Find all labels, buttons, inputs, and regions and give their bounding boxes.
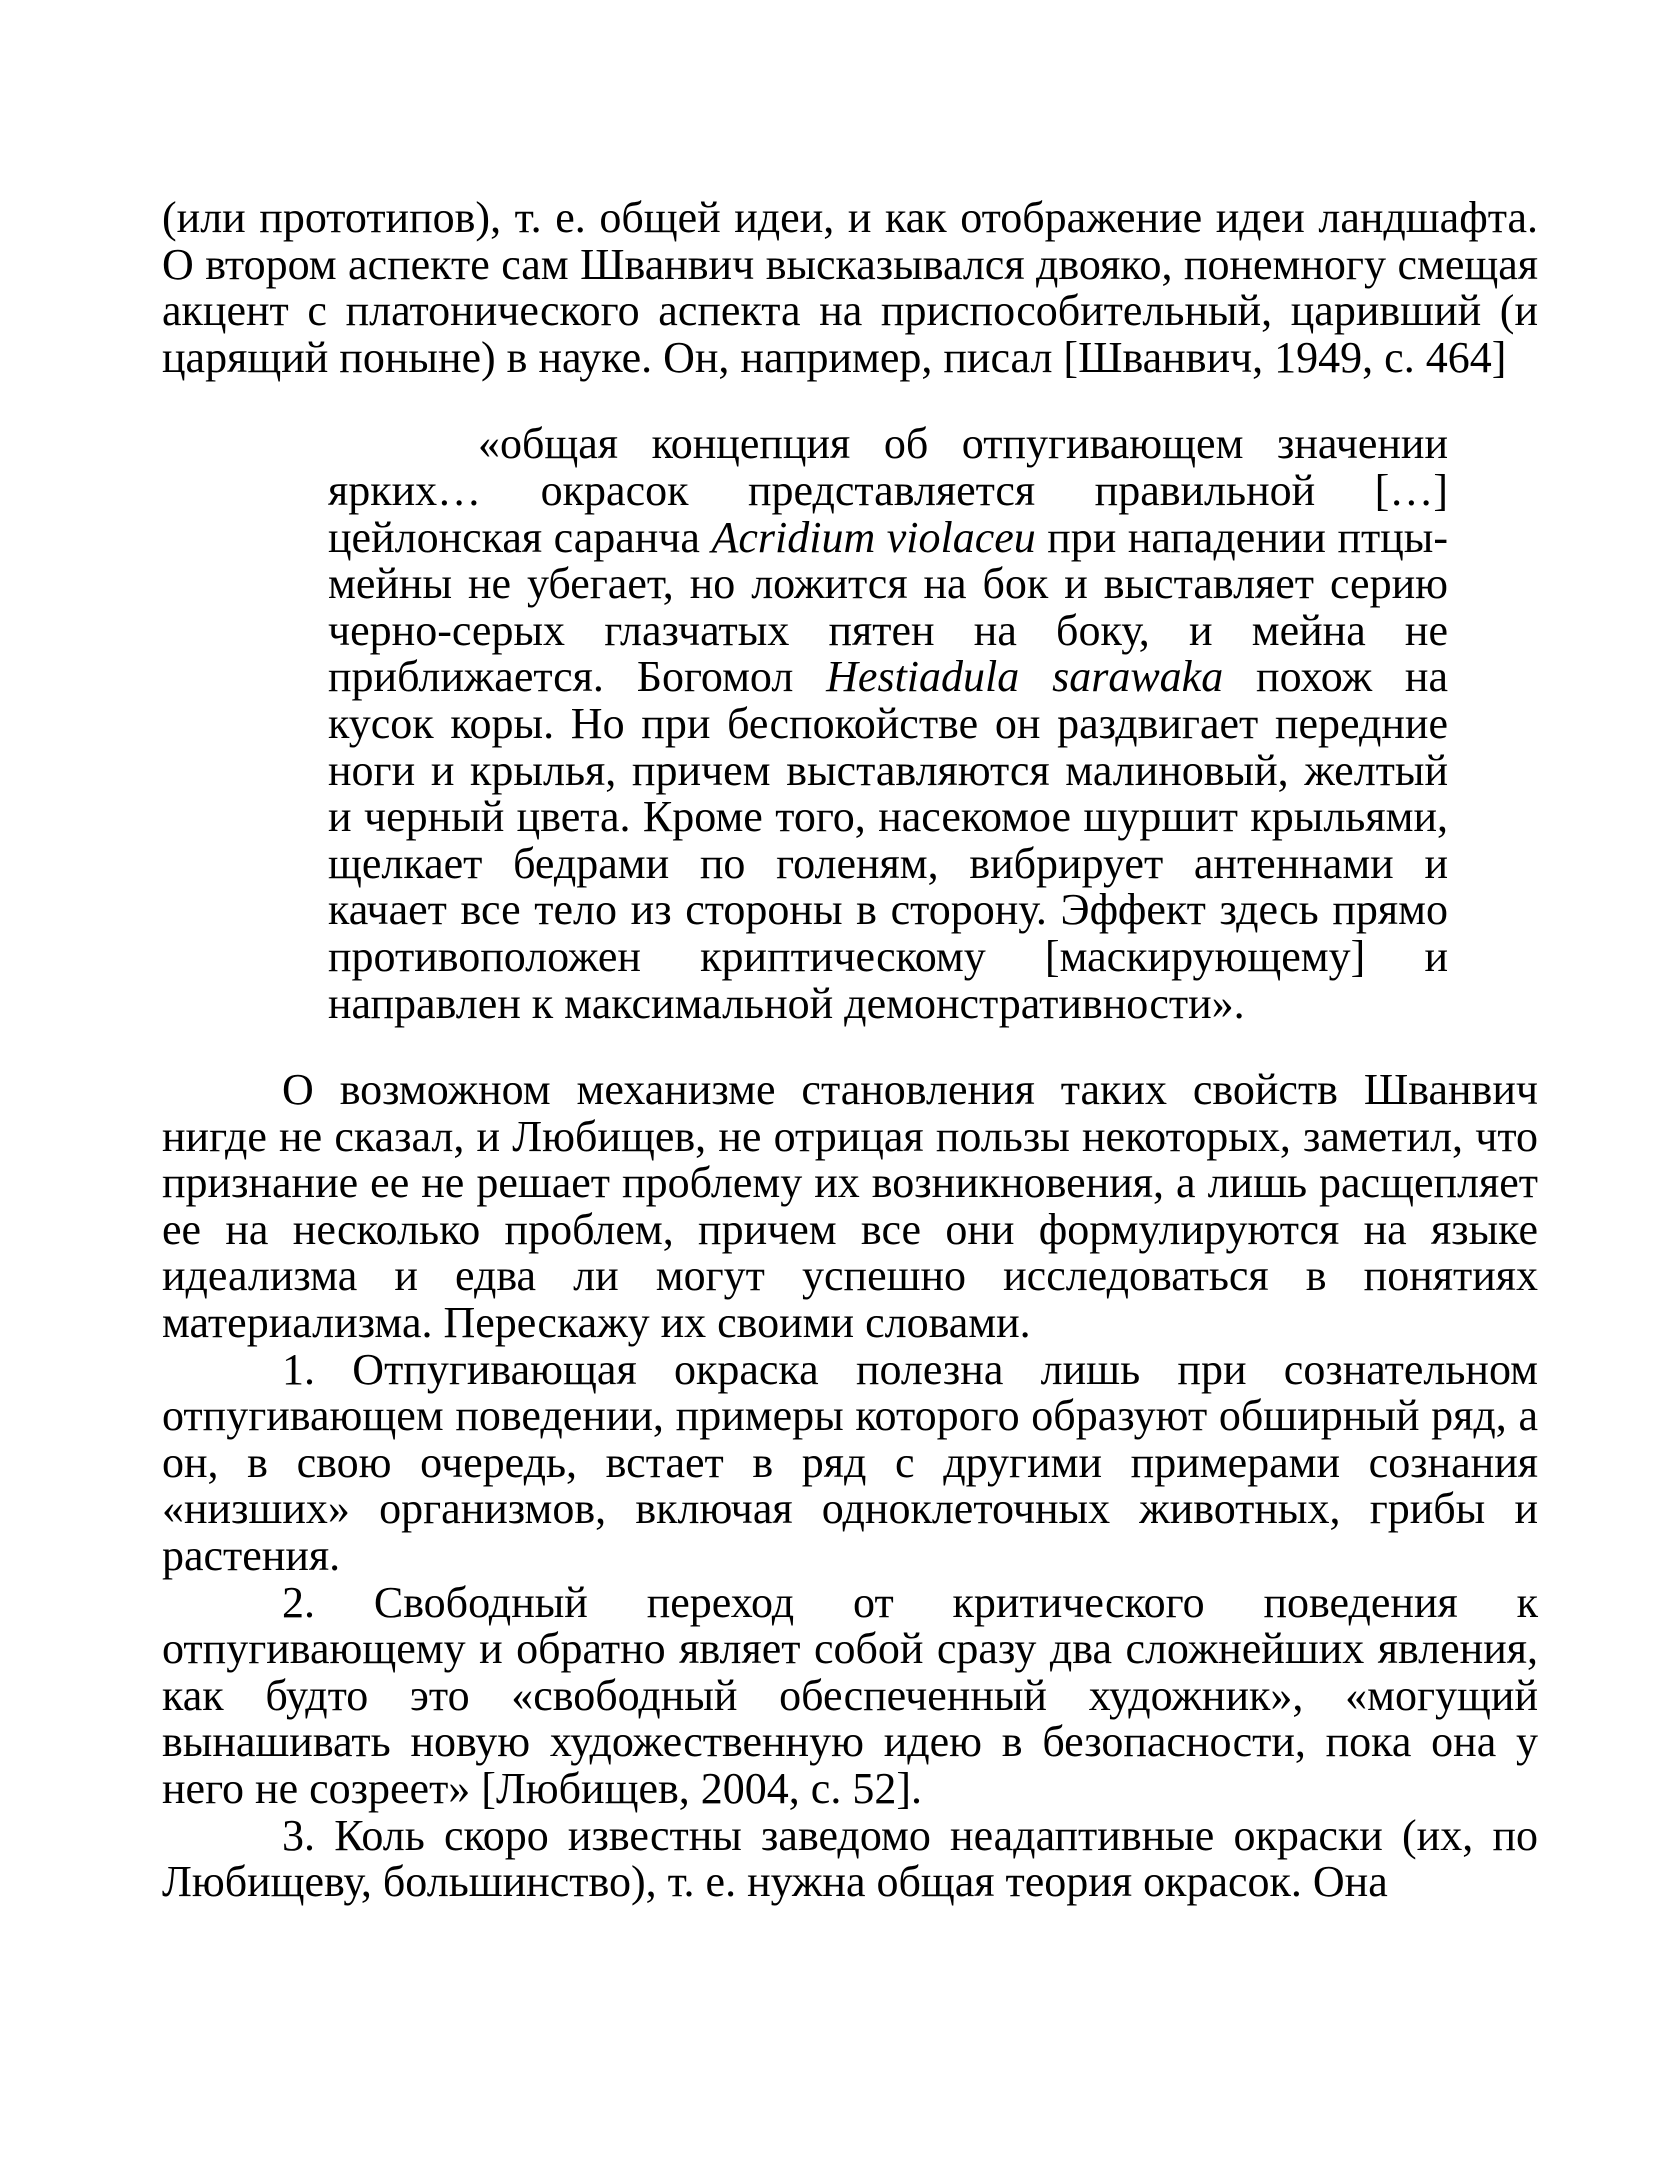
paragraph-lyubishchev-comment: О возможном механизме становления таких … <box>162 1067 1538 1347</box>
list-item-3: 3. Коль скоро известны заведомо неадапти… <box>162 1813 1538 1906</box>
page-content: (или прототипов), т. е. общей идеи, и ка… <box>162 195 1538 1906</box>
document-page: (или прототипов), т. е. общей идеи, и ка… <box>0 0 1669 2160</box>
paragraph-opening: (или прототипов), т. е. общей идеи, и ка… <box>162 195 1538 381</box>
blockquote-shvanvich-quote: «общая концепция об отпугивающем значени… <box>328 421 1448 1027</box>
list-item-1: 1. Отпугивающая окраска полезна лишь при… <box>162 1347 1538 1580</box>
list-item-2: 2. Свободный переход от критического пов… <box>162 1580 1538 1813</box>
